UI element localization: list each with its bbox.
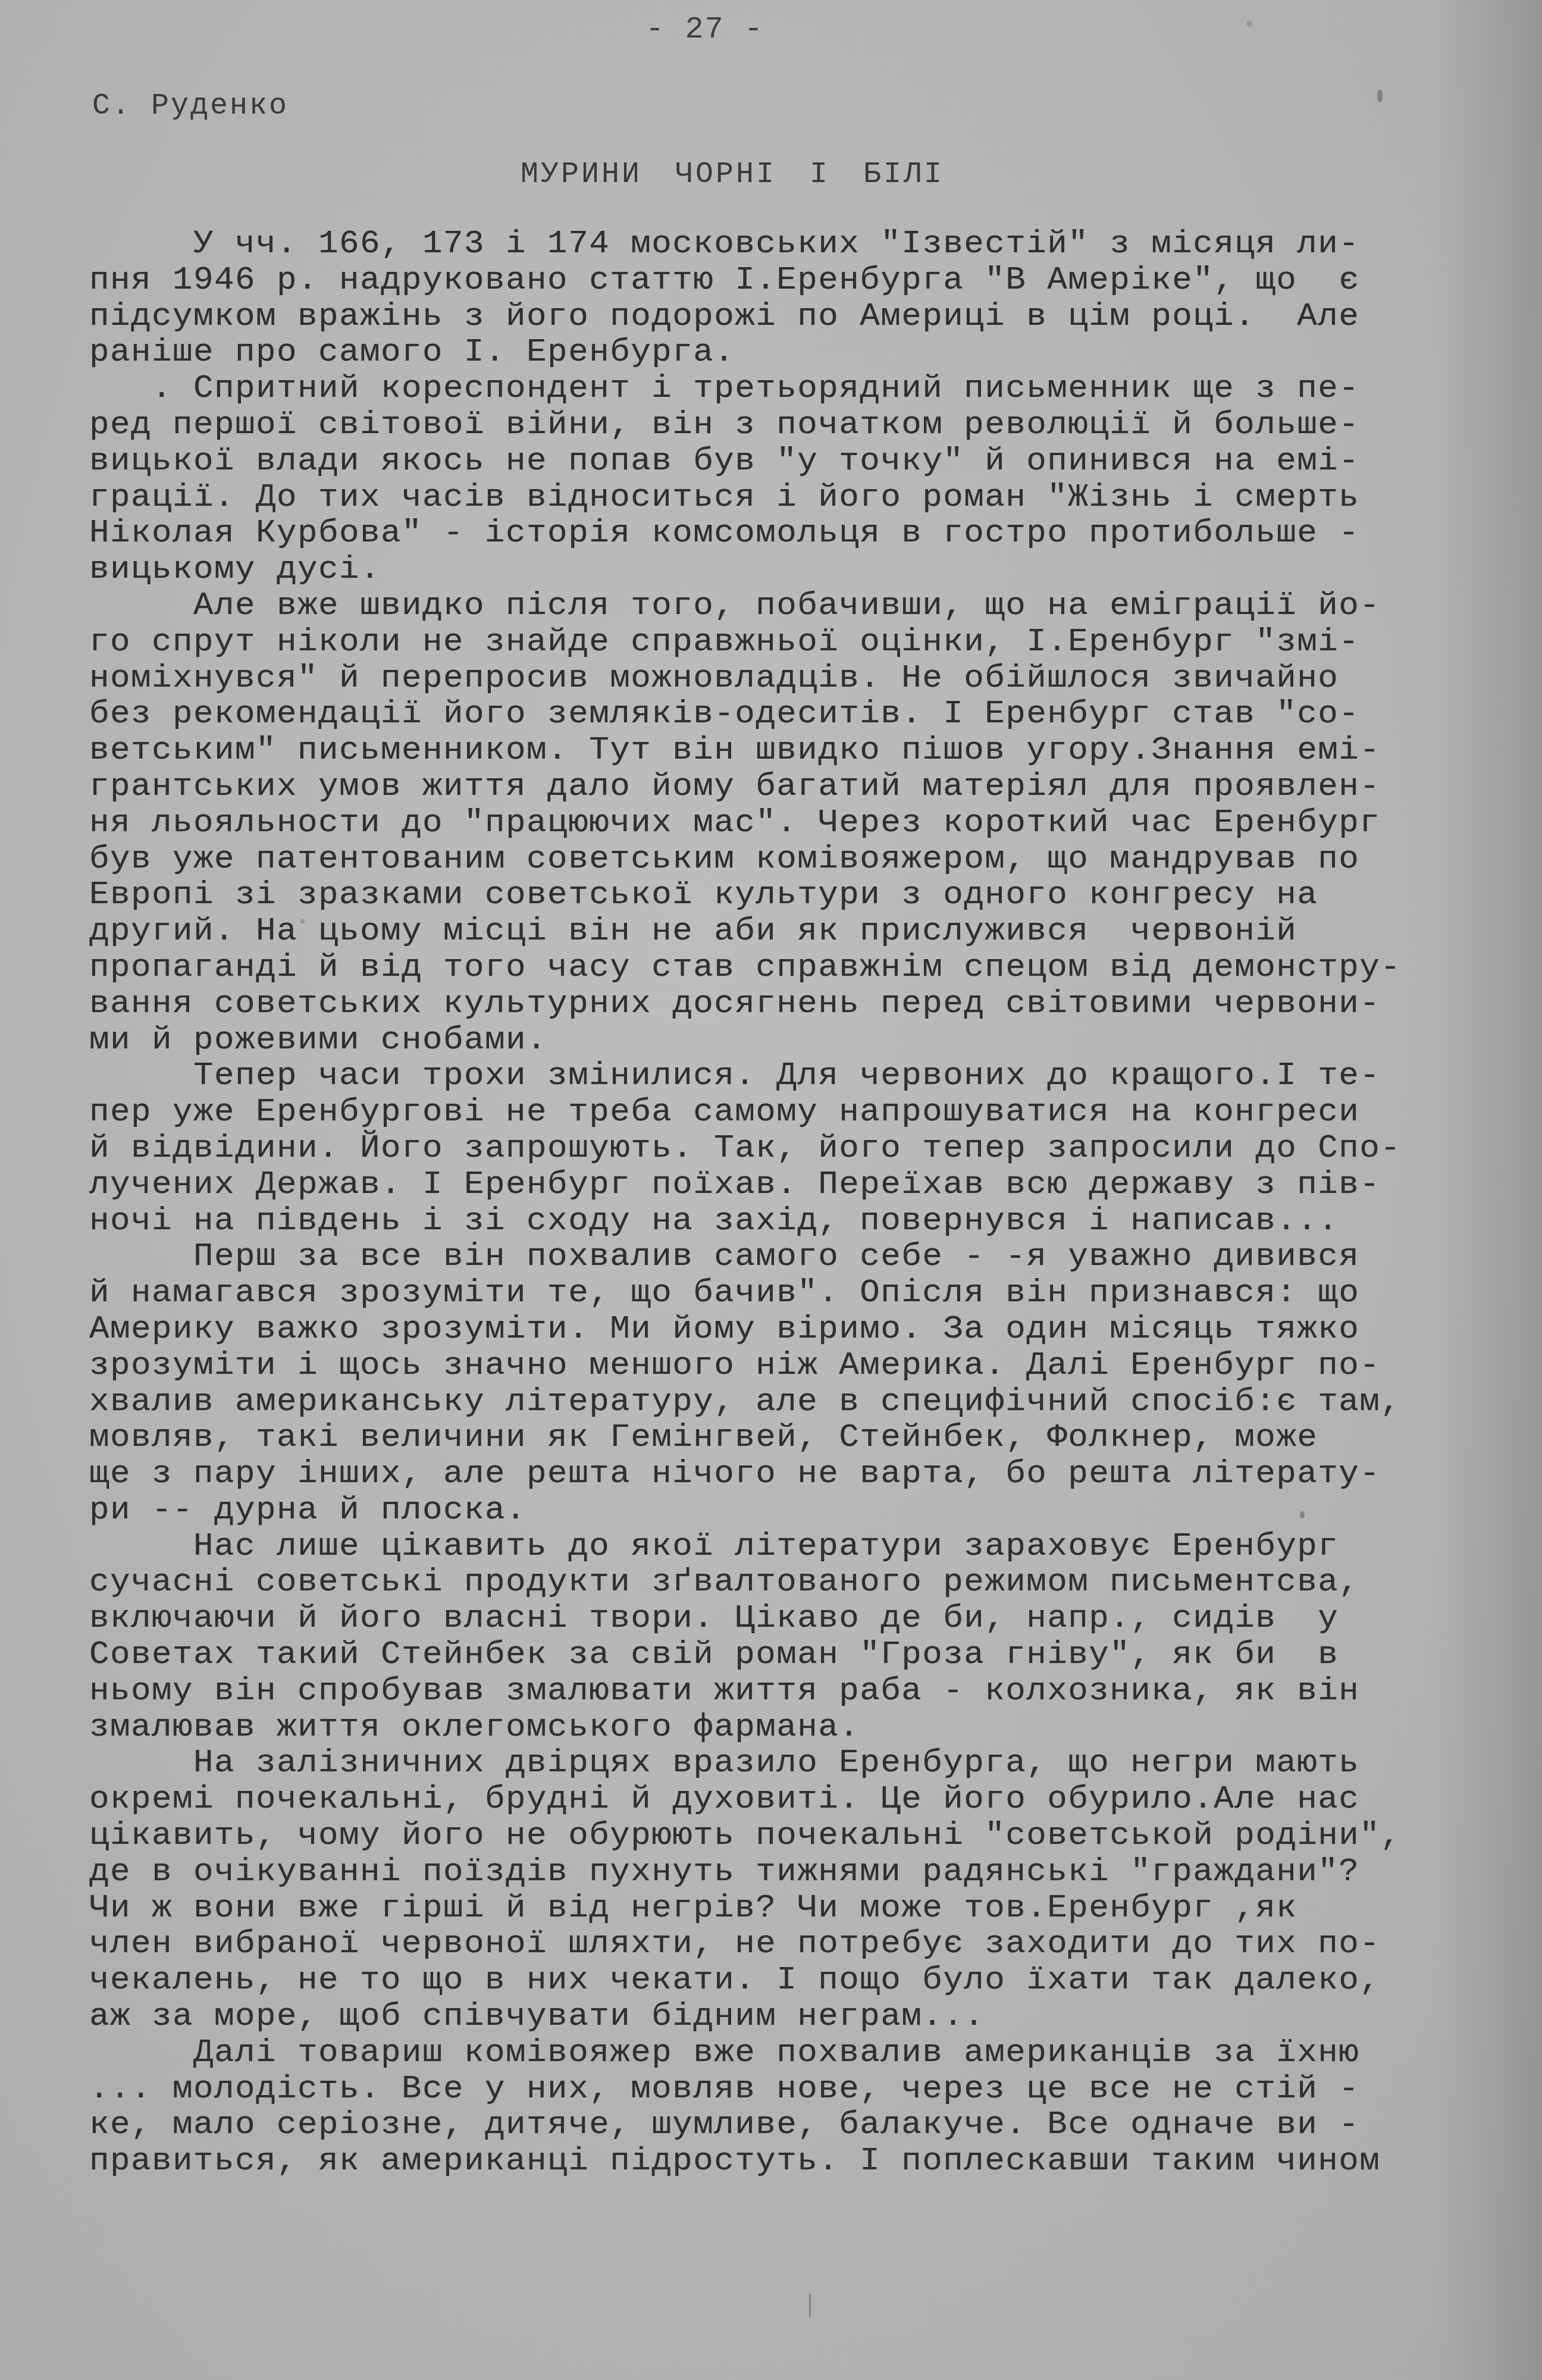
text-line: правиться, як американці підростуть. І п… [89, 2144, 1481, 2178]
text-line: аж за море, щоб співчувати бідним неграм… [89, 1999, 1481, 2034]
text-line: Европі зі зразками советської культури з… [89, 878, 1481, 913]
text-line: ри -- дурна й плоска. [89, 1493, 1481, 1527]
text-line: без рекомендації його земляків-одеситів.… [89, 697, 1481, 732]
text-line: ред першої світової війни, він з початко… [89, 408, 1481, 442]
text-line: вицькому дусі. [89, 552, 1481, 587]
author-name: С. Руденко [92, 89, 289, 123]
text-line: Ніколая Курбова" - історія комсомольця в… [89, 516, 1481, 551]
text-line: де в очікуванні поїздів пухнуть тижнями … [89, 1855, 1481, 1889]
article-title: МУРИНИ ЧОРНІ І БІЛІ [521, 158, 944, 192]
text-line: зрозуміти і щось значно меншого ніж Амер… [89, 1348, 1481, 1383]
text-line: лучених Держав. І Еренбург поїхав. Переї… [89, 1167, 1481, 1202]
text-line: Тепер часи трохи змінилися. Для червоних… [89, 1059, 1481, 1094]
text-line: раніше про самого І. Еренбурга. [89, 336, 1481, 370]
text-line: Чи ж вони вже гірші й від негрів? Чи мож… [89, 1891, 1481, 1925]
paper-speck [1246, 21, 1252, 27]
text-line: грації. До тих часів відноситься і його … [89, 480, 1481, 515]
text-line: другий. На цьому місці він не аби як при… [89, 914, 1481, 948]
article-body: У чч. 166, 173 і 174 московських "Ізвест… [89, 226, 1481, 2179]
text-line: грантських умов життя дало йому багатий … [89, 769, 1481, 804]
text-line: ветським" письменником. Тут він швидко п… [89, 733, 1481, 768]
text-line: змалював життя оклегомського фармана. [89, 1710, 1481, 1745]
text-line: сучасні советські продукти зґвалтованого… [89, 1565, 1481, 1600]
text-line: вицької влади якось не попав був "у точк… [89, 444, 1481, 478]
text-line: Нас лише цікавить до якої літератури зар… [89, 1529, 1481, 1564]
text-line: Перш за все він похвалив самого себе - -… [89, 1240, 1481, 1274]
scanned-page: - 27 - С. Руденко МУРИНИ ЧОРНІ І БІЛІ У … [0, 0, 1542, 2380]
paper-speck [809, 2294, 811, 2318]
text-line: ке, мало серіозне, дитяче, шумливе, бала… [89, 2108, 1481, 2143]
text-line: вання советських культурних досягнень пе… [89, 987, 1481, 1021]
text-line: Америку важко зрозуміти. Ми йому віримо.… [89, 1312, 1481, 1346]
text-line: пня 1946 р. надруковано статтю І.Еренбур… [89, 263, 1481, 297]
text-line: ньому він спробував змалювати життя раба… [89, 1674, 1481, 1708]
text-line: підсумком вражінь з його подорожі по Аме… [89, 299, 1481, 334]
text-line: ня льояльности до "працюючих мас". Через… [89, 806, 1481, 840]
text-line: На залізничних двірцях вразило Еренбурга… [89, 1746, 1481, 1781]
text-line: й намагався зрозуміти те, що бачив". Опі… [89, 1276, 1481, 1310]
text-line: У чч. 166, 173 і 174 московських "Ізвест… [89, 227, 1481, 261]
text-line: включаючи й його власні твори. Цікаво де… [89, 1601, 1481, 1636]
text-line: хвалив американську літературу, але в сп… [89, 1385, 1481, 1419]
text-line: номіхнувся" й перепросив можновладців. Н… [89, 661, 1481, 696]
text-line: . Спритний кореспондент і третьорядний п… [89, 371, 1481, 406]
text-line: Але вже швидко після того, побачивши, що… [89, 588, 1481, 623]
text-line: цікавить, чому його не обурюють почекаль… [89, 1818, 1481, 1853]
text-line: пер уже Еренбургові не треба самому напр… [89, 1095, 1481, 1129]
text-line: ... молодість. Все у них, мовляв нове, ч… [89, 2072, 1481, 2106]
text-line: й відвідини. Його запрошують. Так, його … [89, 1131, 1481, 1166]
paper-speck [1377, 89, 1383, 102]
text-line: чекалень, не то що в них чекати. І пощо … [89, 1963, 1481, 1997]
text-line: ще з пару інших, але решта нічого не вар… [89, 1457, 1481, 1491]
text-line: член вибраної червоної шляхти, не потреб… [89, 1927, 1481, 1962]
text-line: окремі почекальні, брудні й духовиті. Це… [89, 1782, 1481, 1817]
page-number: - 27 - [645, 12, 764, 47]
text-line: був уже патентованим советським комівояж… [89, 842, 1481, 876]
text-line: мовляв, такі величини як Гемінгвей, Стей… [89, 1421, 1481, 1455]
text-line: го спрут ніколи не знайде справжньої оці… [89, 625, 1481, 659]
text-line: Советах такий Стейнбек за свій роман "Гр… [89, 1637, 1481, 1672]
text-line: пропаганді й від того часу став справжні… [89, 950, 1481, 985]
text-line: Далі товариш комівояжер вже похвалив аме… [89, 2035, 1481, 2070]
text-line: ночі на південь і зі сходу на захід, пов… [89, 1204, 1481, 1238]
text-line: ми й рожевими снобами. [89, 1023, 1481, 1057]
